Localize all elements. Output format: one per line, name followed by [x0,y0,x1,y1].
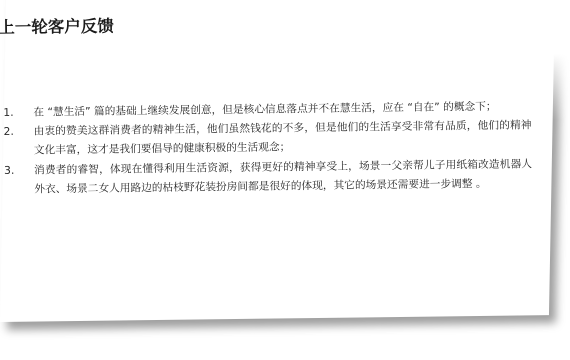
feedback-item-number: 1. [3,103,33,123]
feedback-item-text: 由衷的赞美这群消费者的精神生活，他们虽然钱花的不多，但是他们的生活享受非常有品质… [33,116,531,161]
feedback-item-number: 3. [4,160,34,180]
screen: 上一轮客户反馈 1. 在 “慧生活” 篇的基础上继续发展创意，但是核心信息落点并… [0,0,570,360]
feedback-item: 2. 由衷的赞美这群消费者的精神生活，他们虽然钱花的不多，但是他们的生活享受非常… [3,116,531,161]
feedback-list: 1. 在 “慧生活” 篇的基础上继续发展创意，但是核心信息落点并不在慧生活，应在… [3,96,532,199]
slide-page: 上一轮客户反馈 1. 在 “慧生活” 篇的基础上继续发展创意，但是核心信息落点并… [0,0,549,322]
page-title: 上一轮客户反馈 [0,18,114,36]
feedback-item: 3. 消费者的睿智，体现在懂得利用生活资源，获得更好的精神享受上，场景一父亲帮儿… [4,154,532,199]
feedback-item-text: 消费者的睿智，体现在懂得利用生活资源，获得更好的精神享受上，场景一父亲帮儿子用纸… [34,154,532,199]
feedback-item-number: 2. [3,122,33,142]
